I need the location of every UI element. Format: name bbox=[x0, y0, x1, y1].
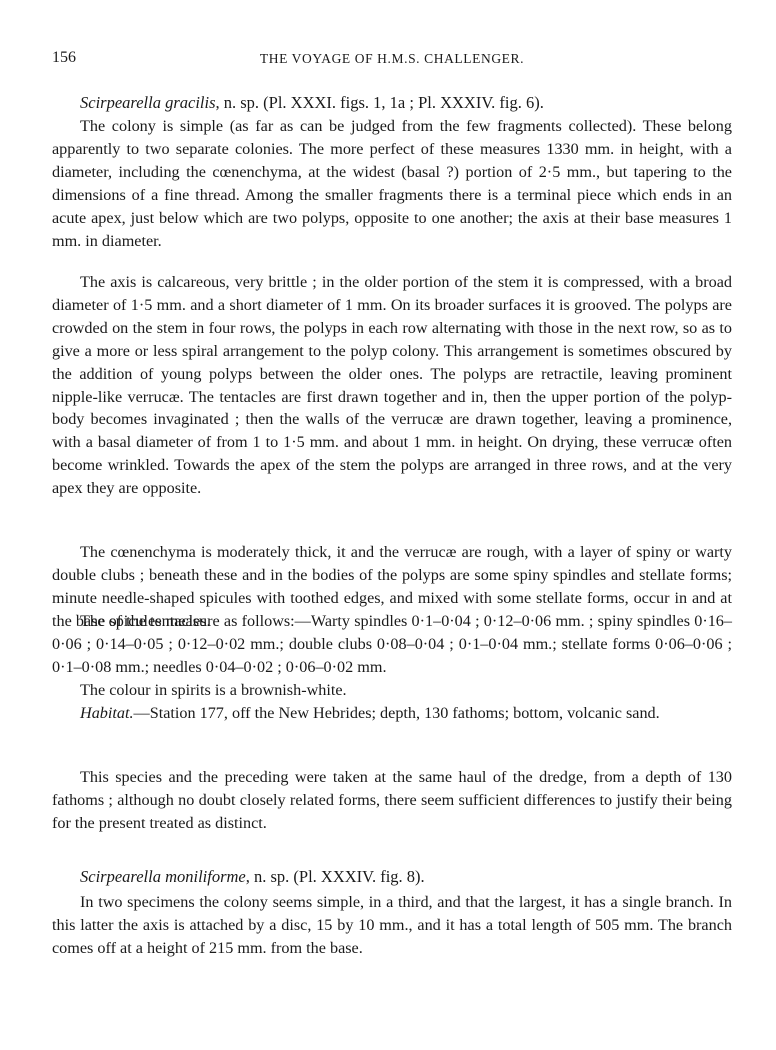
species-name: Scirpearella moniliforme bbox=[80, 867, 246, 886]
paragraph-axis-description: The axis is calcareous, very brittle ; i… bbox=[52, 271, 732, 500]
species-heading-gracilis: Scirpearella gracilis, n. sp. (Pl. XXXI.… bbox=[80, 93, 544, 113]
paragraph-spicule-measurements: The spicules measure as follows:—Warty s… bbox=[52, 610, 732, 679]
paragraph-colony-description: The colony is simple (as far as can be j… bbox=[52, 115, 732, 252]
running-head: 156 THE VOYAGE OF H.M.S. CHALLENGER. bbox=[52, 49, 732, 71]
paragraph-note: This species and the preceding were take… bbox=[52, 766, 732, 835]
species-name: Scirpearella gracilis bbox=[80, 93, 216, 112]
paragraph-colour: The colour in spirits is a brownish-whit… bbox=[52, 679, 732, 702]
paragraph-moniliforme-description: In two specimens the colony seems simple… bbox=[52, 891, 732, 960]
plate-reference: , n. sp. (Pl. XXXIV. fig. 8). bbox=[246, 867, 425, 886]
habitat-text: —Station 177, off the New Hebrides; dept… bbox=[134, 704, 660, 722]
running-title: THE VOYAGE OF H.M.S. CHALLENGER. bbox=[52, 51, 732, 67]
species-heading-moniliforme: Scirpearella moniliforme, n. sp. (Pl. XX… bbox=[80, 867, 425, 887]
habitat-label: Habitat. bbox=[80, 704, 134, 722]
paragraph-habitat: Habitat.—Station 177, off the New Hebrid… bbox=[52, 702, 732, 725]
plate-reference: , n. sp. (Pl. XXXI. figs. 1, 1a ; Pl. XX… bbox=[216, 93, 544, 112]
